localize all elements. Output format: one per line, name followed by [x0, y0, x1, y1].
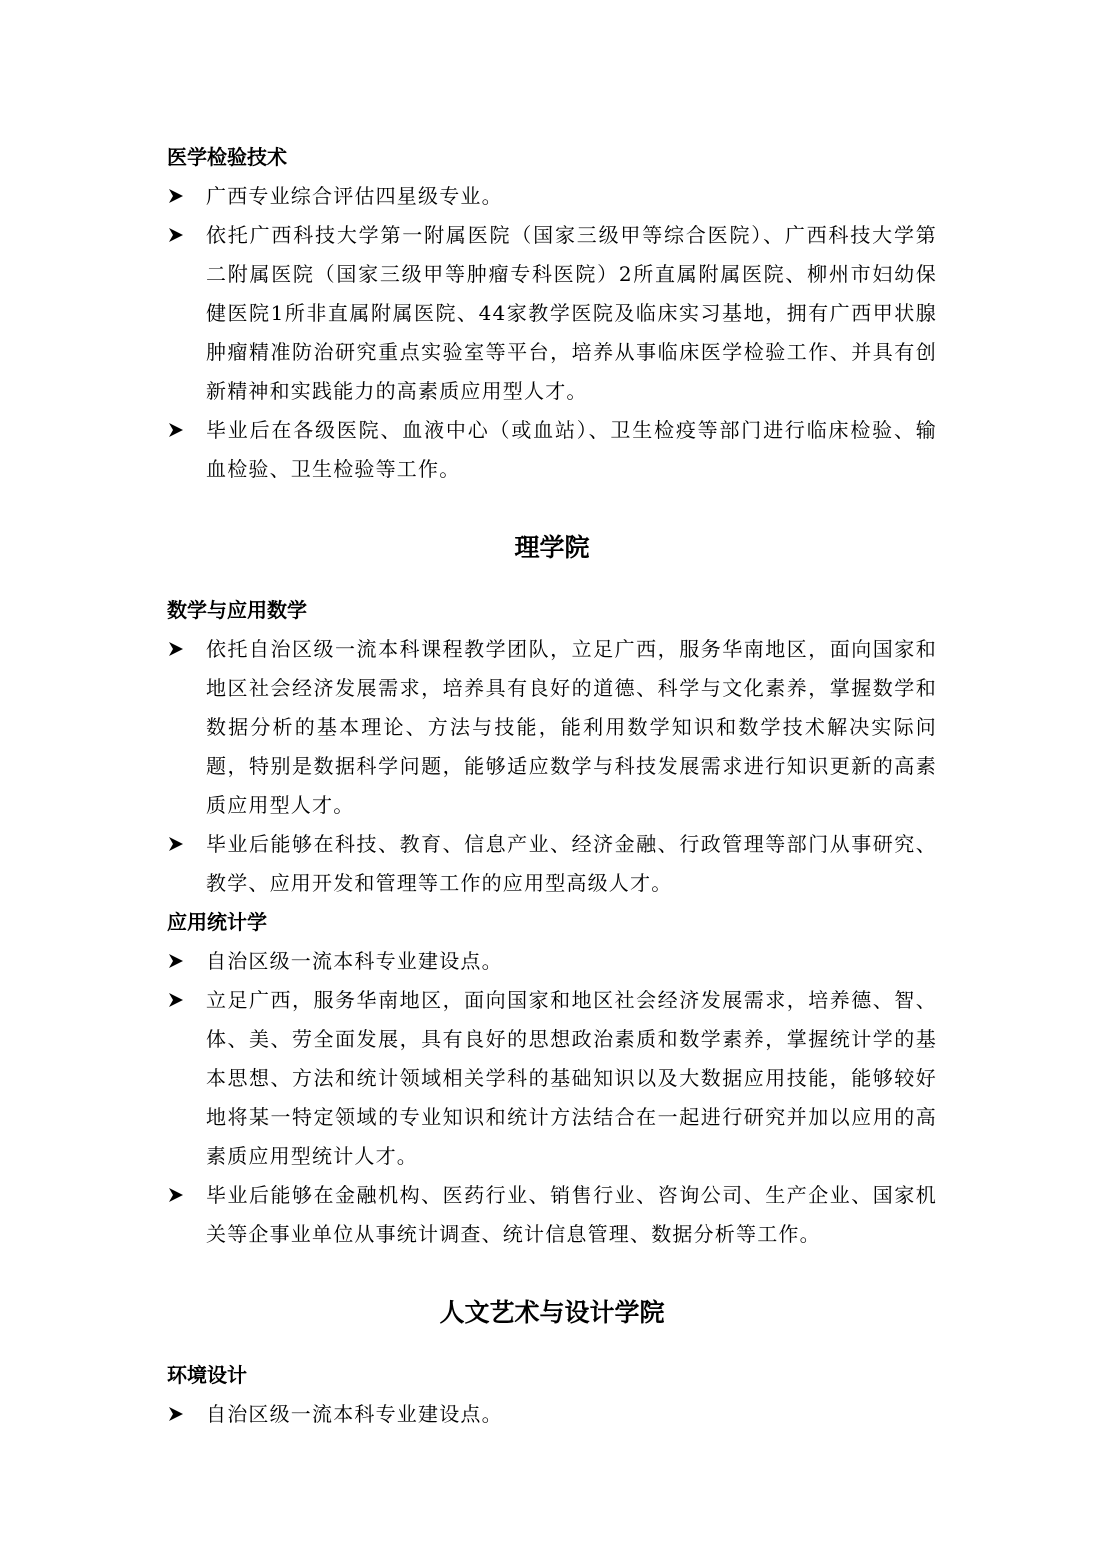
- major-heading: 数学与应用数学: [167, 591, 937, 630]
- arrowhead-bullet-icon: [167, 1176, 187, 1215]
- arrowhead-bullet-icon: [167, 630, 187, 669]
- list-item: 依托自治区级一流本科课程教学团队，立足广西，服务华南地区，面向国家和地区社会经济…: [167, 630, 937, 825]
- list-item-text: 毕业后在各级医院、血液中心（或血站）、卫生检疫等部门进行临床检验、输血检验、卫生…: [206, 418, 937, 481]
- arrowhead-bullet-icon: [167, 825, 187, 864]
- list-item-text: 立足广西，服务华南地区，面向国家和地区社会经济发展需求，培养德、智、体、美、劳全…: [206, 988, 937, 1168]
- arrowhead-bullet-icon: [167, 216, 187, 255]
- list-item: 毕业后能够在科技、教育、信息产业、经济金融、行政管理等部门从事研究、教学、应用开…: [167, 825, 937, 903]
- major-heading: 环境设计: [167, 1356, 937, 1395]
- list-item-text: 毕业后能够在科技、教育、信息产业、经济金融、行政管理等部门从事研究、教学、应用开…: [206, 832, 937, 895]
- list-item: 自治区级一流本科专业建设点。: [167, 942, 937, 981]
- document-page: 医学检验技术 广西专业综合评估四星级专业。 依托广西科技大学第一附属医院（国家三…: [167, 138, 937, 1434]
- major-heading: 应用统计学: [167, 903, 937, 942]
- arrowhead-bullet-icon: [167, 411, 187, 450]
- list-item: 广西专业综合评估四星级专业。: [167, 177, 937, 216]
- list-item-text: 毕业后能够在金融机构、医药行业、销售行业、咨询公司、生产企业、国家机关等企事业单…: [206, 1183, 937, 1246]
- list-item-text: 依托自治区级一流本科课程教学团队，立足广西，服务华南地区，面向国家和地区社会经济…: [206, 637, 937, 817]
- list-item: 毕业后在各级医院、血液中心（或血站）、卫生检疫等部门进行临床检验、输血检验、卫生…: [167, 411, 937, 489]
- arrowhead-bullet-icon: [167, 981, 187, 1020]
- list-item: 自治区级一流本科专业建设点。: [167, 1395, 937, 1434]
- college-title: 人文艺术与设计学院: [167, 1287, 937, 1339]
- list-item-text: 广西专业综合评估四星级专业。: [206, 184, 503, 208]
- college-title: 理学院: [167, 522, 937, 574]
- list-item-text: 自治区级一流本科专业建设点。: [206, 949, 503, 973]
- list-item: 毕业后能够在金融机构、医药行业、销售行业、咨询公司、生产企业、国家机关等企事业单…: [167, 1176, 937, 1254]
- arrowhead-bullet-icon: [167, 1395, 187, 1434]
- list-item-text: 依托广西科技大学第一附属医院（国家三级甲等综合医院）、广西科技大学第二附属医院（…: [206, 223, 937, 403]
- arrowhead-bullet-icon: [167, 177, 187, 216]
- list-item-text: 自治区级一流本科专业建设点。: [206, 1402, 503, 1426]
- arrowhead-bullet-icon: [167, 942, 187, 981]
- list-item: 立足广西，服务华南地区，面向国家和地区社会经济发展需求，培养德、智、体、美、劳全…: [167, 981, 937, 1176]
- list-item: 依托广西科技大学第一附属医院（国家三级甲等综合医院）、广西科技大学第二附属医院（…: [167, 216, 937, 411]
- major-heading: 医学检验技术: [167, 138, 937, 177]
